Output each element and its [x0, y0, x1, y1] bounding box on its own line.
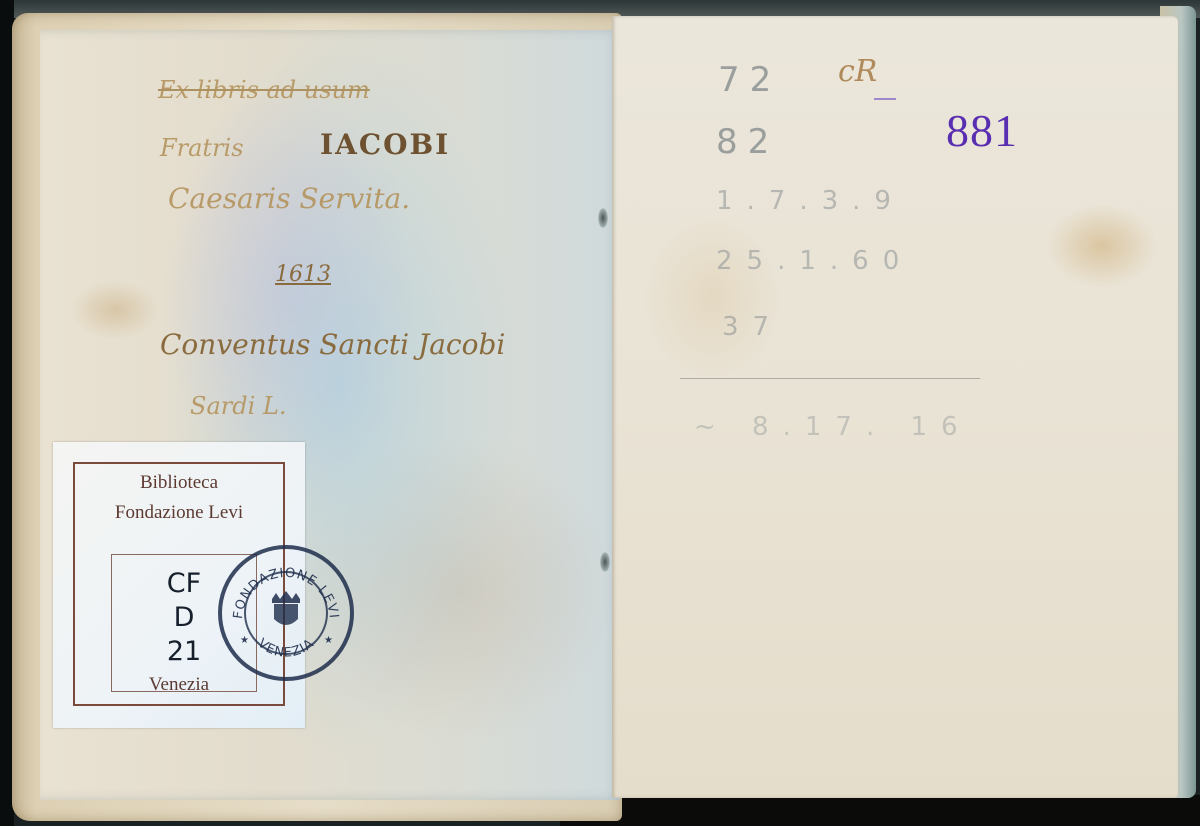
label-fondazione: Fondazione Levi [75, 502, 283, 524]
right-page: 72 cR 881 82 1.7.3.9 25.1.60 37 ~ 8.17. … [612, 16, 1178, 798]
inscription-year: 1613 [275, 262, 331, 287]
inscription-fratris: Fratris [160, 134, 244, 162]
stitch-hole-top [598, 208, 608, 228]
pencil-note-1: 72 [718, 60, 781, 100]
brown-ink-note: cR [838, 54, 877, 89]
label-biblioteca: Biblioteca [75, 472, 283, 494]
pencil-note-5: 37 [722, 312, 783, 342]
purple-mark [874, 98, 896, 100]
inscription-line-5: Conventus Sancti Jacobi [160, 328, 505, 361]
stain [70, 280, 160, 340]
inscription-line-1: Ex libris ad usum [158, 76, 370, 104]
pencil-note-2: 82 [716, 122, 779, 162]
stamp-inner-ring [244, 571, 328, 655]
pencil-bottom-line: ~ 8.17. 16 [694, 412, 972, 442]
book-photograph: Ex libris ad usum Fratris IACOBI Caesari… [0, 0, 1200, 826]
crest-icon [246, 573, 326, 653]
backdrop-bottom [560, 795, 1200, 826]
pencil-note-4: 25.1.60 [716, 246, 913, 276]
fondazione-levi-stamp: FONDAZIONE LEVI VENEZIA ★ ★ [218, 545, 354, 681]
inscription-line-6: Sardi L. [190, 392, 286, 420]
accession-number: 881 [946, 104, 1018, 157]
pencil-note-3: 1.7.3.9 [716, 186, 905, 216]
inscription-iacobi: IACOBI [320, 128, 450, 161]
inscription-line-3: Caesaris Servita. [168, 182, 410, 215]
pencil-rule [680, 378, 980, 379]
stitch-hole-bottom [600, 552, 610, 572]
